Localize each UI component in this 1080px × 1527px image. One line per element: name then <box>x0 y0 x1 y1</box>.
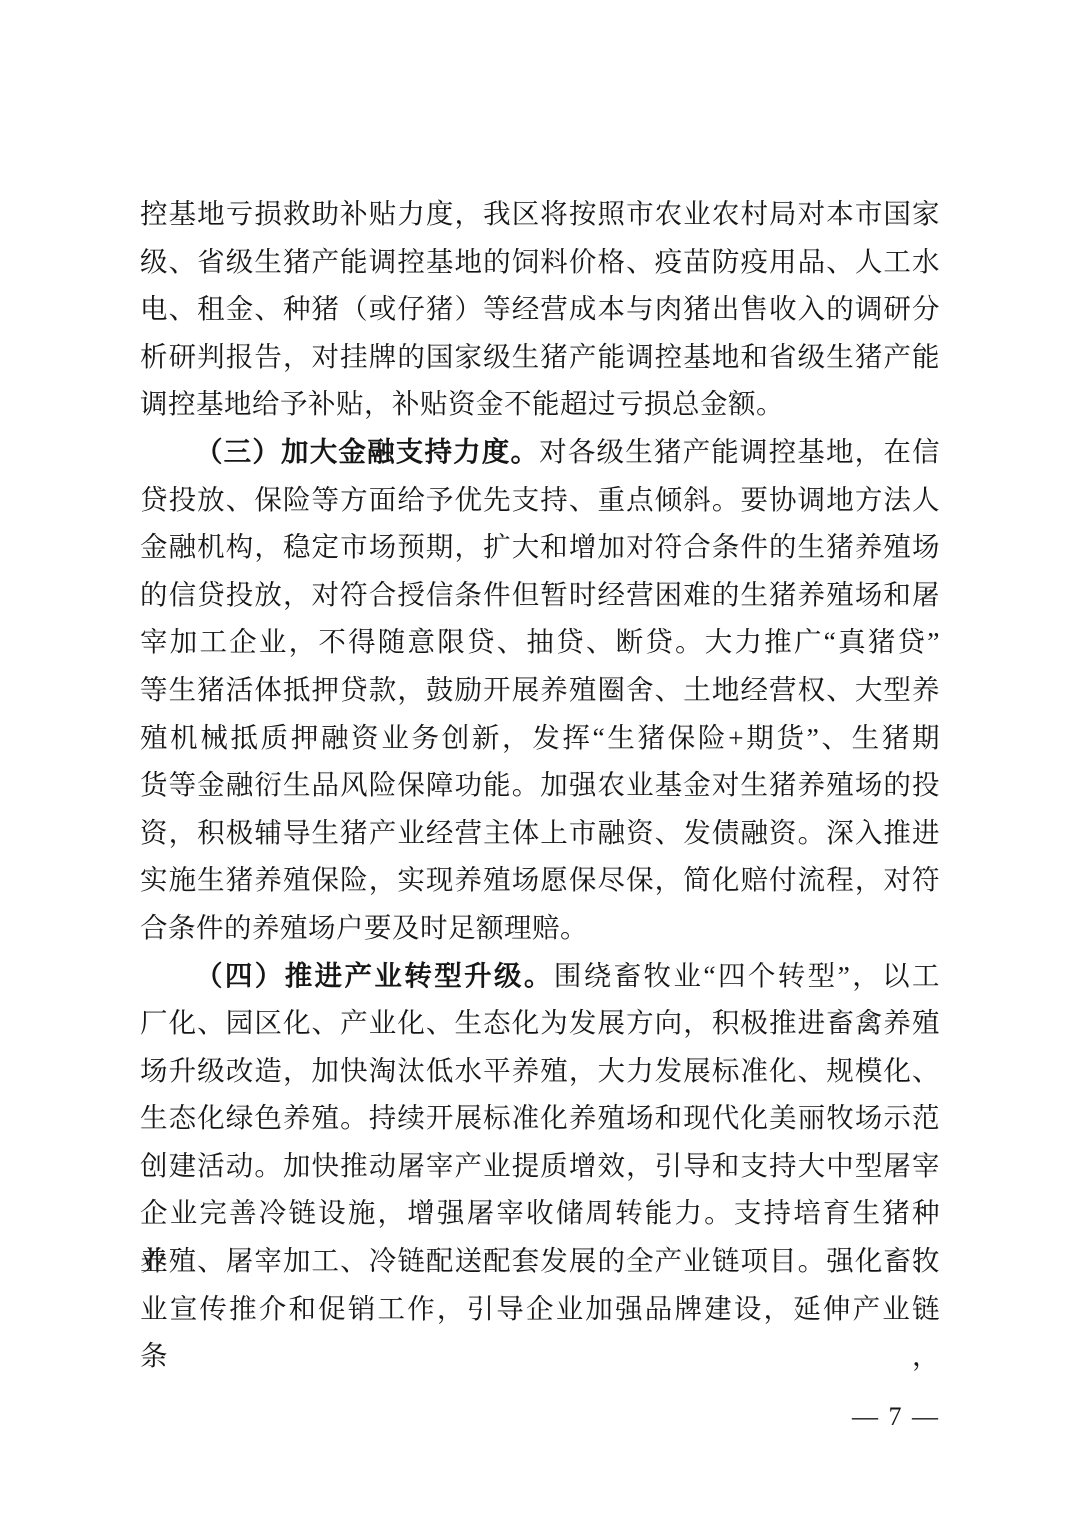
text-run: 创建活动。加快推动屠宰产业提质增效，引导和支持大中型屠宰 <box>140 1150 940 1181</box>
text-line: （四）推进产业转型升级。围绕畜牧业“四个转型”，以工 <box>140 952 940 1000</box>
text-line: 资，积极辅导生猪产业经营主体上市融资、发债融资。深入推进 <box>140 809 940 857</box>
text-line: 电、租金、种猪（或仔猪）等经营成本与肉猪出售收入的调研分 <box>140 285 940 333</box>
text-run: 养殖、屠宰加工、冷链配送配套发展的全产业链项目。强化畜牧 <box>140 1245 940 1276</box>
text-line: 析研判报告，对挂牌的国家级生猪产能调控基地和省级生猪产能 <box>140 333 940 381</box>
text-run: 厂化、园区化、产业化、生态化为发展方向，积极推进畜禽养殖 <box>140 1007 940 1038</box>
section-heading-run: （三）加大金融支持力度。 <box>195 436 539 467</box>
text-run: 的信贷投放，对符合授信条件但暂时经营困难的生猪养殖场和屠 <box>140 579 940 610</box>
section-heading-run: （四）推进产业转型升级。 <box>195 960 554 991</box>
text-run: 等生猪活体抵押贷款，鼓励开展养殖圈舍、土地经营权、大型养 <box>140 674 940 705</box>
text-line: 创建活动。加快推动屠宰产业提质增效，引导和支持大中型屠宰 <box>140 1142 940 1190</box>
text-run: 对各级生猪产能调控基地，在信 <box>539 436 940 467</box>
text-line: 调控基地给予补贴，补贴资金不能超过亏损总金额。 <box>140 380 940 428</box>
text-run: 场升级改造，加快淘汰低水平养殖，大力发展标准化、规模化、 <box>140 1055 940 1086</box>
text-line: 控基地亏损救助补贴力度，我区将按照市农业农村局对本市国家 <box>140 190 940 238</box>
text-run: 电、租金、种猪（或仔猪）等经营成本与肉猪出售收入的调研分 <box>140 293 940 324</box>
text-line: 合条件的养殖场户要及时足额理赔。 <box>140 904 940 952</box>
text-line: 的信贷投放，对符合授信条件但暂时经营困难的生猪养殖场和屠 <box>140 571 940 619</box>
text-run: 析研判报告，对挂牌的国家级生猪产能调控基地和省级生猪产能 <box>140 341 940 372</box>
text-line: 场升级改造，加快淘汰低水平养殖，大力发展标准化、规模化、 <box>140 1047 940 1095</box>
text-run: 调控基地给予补贴，补贴资金不能超过亏损总金额。 <box>140 388 784 419</box>
text-run: 生态化绿色养殖。持续开展标准化养殖场和现代化美丽牧场示范 <box>140 1102 940 1133</box>
text-line: 厂化、园区化、产业化、生态化为发展方向，积极推进畜禽养殖 <box>140 999 940 1047</box>
text-run: 货等金融衍生品风险保障功能。加强农业基金对生猪养殖场的投 <box>140 769 940 800</box>
document-page: 控基地亏损救助补贴力度，我区将按照市农业农村局对本市国家级、省级生猪产能调控基地… <box>0 0 1080 1527</box>
text-line: 金融机构，稳定市场预期，扩大和增加对符合条件的生猪养殖场 <box>140 523 940 571</box>
text-run: 资，积极辅导生猪产业经营主体上市融资、发债融资。深入推进 <box>140 817 940 848</box>
text-line: 企业完善冷链设施，增强屠宰收储周转能力。支持培育生猪种业、 <box>140 1189 940 1237</box>
text-line: 级、省级生猪产能调控基地的饲料价格、疫苗防疫用品、人工水 <box>140 238 940 286</box>
text-run: 合条件的养殖场户要及时足额理赔。 <box>140 912 588 943</box>
text-line: （三）加大金融支持力度。对各级生猪产能调控基地，在信 <box>140 428 940 476</box>
text-line: 生态化绿色养殖。持续开展标准化养殖场和现代化美丽牧场示范 <box>140 1094 940 1142</box>
text-line: 业宣传推介和促销工作，引导企业加强品牌建设，延伸产业链条， <box>140 1285 940 1333</box>
text-run: 贷投放、保险等方面给予优先支持、重点倾斜。要协调地方法人 <box>140 484 940 515</box>
text-line: 养殖、屠宰加工、冷链配送配套发展的全产业链项目。强化畜牧 <box>140 1237 940 1285</box>
text-run: 控基地亏损救助补贴力度，我区将按照市农业农村局对本市国家 <box>140 198 940 229</box>
text-run: 级、省级生猪产能调控基地的饲料价格、疫苗防疫用品、人工水 <box>140 246 940 277</box>
text-line: 实施生猪养殖保险，实现养殖场愿保尽保，简化赔付流程，对符 <box>140 856 940 904</box>
text-block: 控基地亏损救助补贴力度，我区将按照市农业农村局对本市国家级、省级生猪产能调控基地… <box>140 190 940 1332</box>
text-line: 宰加工企业，不得随意限贷、抽贷、断贷。大力推广“真猪贷” <box>140 618 940 666</box>
text-line: 贷投放、保险等方面给予优先支持、重点倾斜。要协调地方法人 <box>140 476 940 524</box>
text-run: 殖机械抵质押融资业务创新，发挥“生猪保险+期货”、生猪期 <box>140 722 940 753</box>
text-run: 围绕畜牧业“四个转型”，以工 <box>554 960 940 991</box>
text-run: 业宣传推介和促销工作，引导企业加强品牌建设，延伸产业链条， <box>140 1293 940 1372</box>
page-number: — 7 — <box>740 1400 940 1434</box>
text-run: 实施生猪养殖保险，实现养殖场愿保尽保，简化赔付流程，对符 <box>140 864 940 895</box>
text-run: 金融机构，稳定市场预期，扩大和增加对符合条件的生猪养殖场 <box>140 531 940 562</box>
text-line: 货等金融衍生品风险保障功能。加强农业基金对生猪养殖场的投 <box>140 761 940 809</box>
text-line: 等生猪活体抵押贷款，鼓励开展养殖圈舍、土地经营权、大型养 <box>140 666 940 714</box>
text-run: 宰加工企业，不得随意限贷、抽贷、断贷。大力推广“真猪贷” <box>140 626 940 657</box>
text-line: 殖机械抵质押融资业务创新，发挥“生猪保险+期货”、生猪期 <box>140 714 940 762</box>
